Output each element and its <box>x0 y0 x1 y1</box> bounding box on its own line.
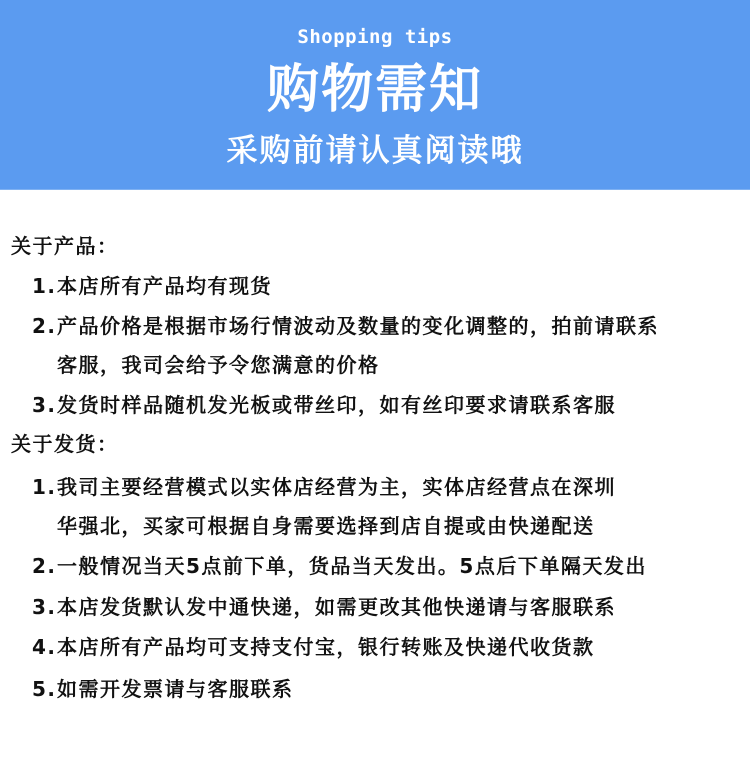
banner-english-title: Shopping tips <box>0 26 750 48</box>
item-text: 产品价格是根据市场行情波动及数量的变化调整的，拍前请联系 <box>57 314 659 338</box>
item-text: 本店发货默认发中通快递，如需更改其他快递请与客服联系 <box>57 595 616 619</box>
list-item: 4.本店所有产品均可支持支付宝，银行转账及快递代收货款 <box>32 633 595 661</box>
item-number: 2. <box>32 552 57 580</box>
item-text: 如需开发票请与客服联系 <box>57 677 294 701</box>
list-item-continuation: 客服，我司会给予令您满意的价格 <box>57 351 380 379</box>
shopping-tips-banner: Shopping tips 购物需知 采购前请认真阅读哦 <box>0 0 750 190</box>
item-number: 2. <box>32 312 57 340</box>
item-number: 4. <box>32 633 57 661</box>
list-item: 3.发货时样品随机发光板或带丝印，如有丝印要求请联系客服 <box>32 391 616 419</box>
item-number: 3. <box>32 391 57 419</box>
list-item: 5.如需开发票请与客服联系 <box>32 675 294 703</box>
list-item-continuation: 华强北，买家可根据自身需要选择到店自提或由快递配送 <box>57 512 595 540</box>
item-text: 发货时样品随机发光板或带丝印，如有丝印要求请联系客服 <box>57 393 616 417</box>
item-number: 1. <box>32 272 57 300</box>
item-number: 3. <box>32 593 57 621</box>
item-text: 一般情况当天5点前下单，货品当天发出。5点后下单隔天发出 <box>57 554 647 578</box>
banner-title: 购物需知 <box>0 58 750 122</box>
list-item: 1.我司主要经营模式以实体店经营为主，实体店经营点在深圳 <box>32 473 616 501</box>
item-text: 本店所有产品均有现货 <box>57 274 272 298</box>
banner-subtitle: 采购前请认真阅读哦 <box>0 131 750 171</box>
list-item: 1.本店所有产品均有现货 <box>32 272 272 300</box>
item-text: 我司主要经营模式以实体店经营为主，实体店经营点在深圳 <box>57 475 616 499</box>
item-number: 1. <box>32 473 57 501</box>
list-item: 2.一般情况当天5点前下单，货品当天发出。5点后下单隔天发出 <box>32 552 647 580</box>
section-heading-products: 关于产品： <box>11 232 119 260</box>
list-item: 3.本店发货默认发中通快递，如需更改其他快递请与客服联系 <box>32 593 616 621</box>
section-heading-shipping: 关于发货： <box>11 430 119 458</box>
list-item: 2.产品价格是根据市场行情波动及数量的变化调整的，拍前请联系 <box>32 312 659 340</box>
item-text: 本店所有产品均可支持支付宝，银行转账及快递代收货款 <box>57 635 595 659</box>
item-number: 5. <box>32 675 57 703</box>
